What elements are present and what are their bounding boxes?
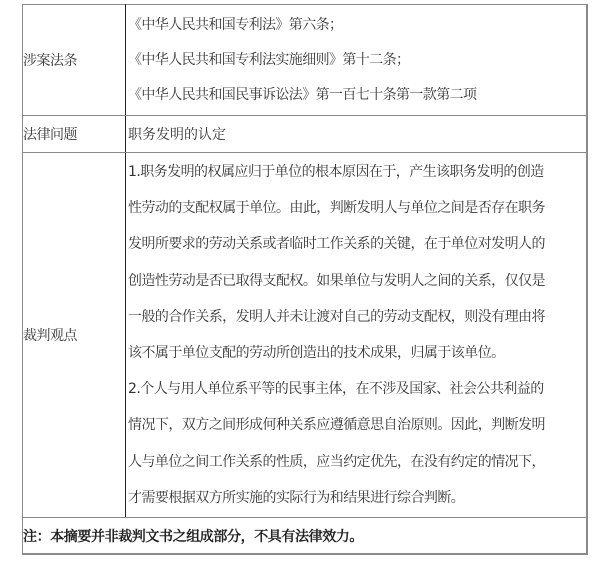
- view-line: 2.个人与用人单位系平等的民事主体，在不涉及国家、社会公共利益的: [128, 371, 586, 407]
- law-item: 《中华人民共和国专利法实施细则》第十二条；: [128, 43, 586, 78]
- value-legal-issue: 职务发明的认定: [126, 116, 588, 153]
- label-related-laws: 涉案法条: [23, 5, 126, 116]
- row-related-laws: 涉案法条 《中华人民共和国专利法》第六条； 《中华人民共和国专利法实施细则》第十…: [23, 5, 588, 116]
- view-line: 发明所要求的劳动关系或者临时工作关系的关键，在于单位对发明人的: [128, 226, 586, 262]
- view-line: 性劳动的支配权属于单位。由此，判断发明人与单位之间是否存在职务: [128, 190, 586, 226]
- view-line: 该不属于单位支配的劳动所创造出的技术成果，归属于该单位。: [128, 335, 586, 371]
- view-line: 人与单位之间工作关系的性质，应当约定优先，在没有约定的情况下，: [128, 444, 586, 480]
- view-line: 情况下，双方之间形成何种关系应遵循意思自治原则。因此，判断发明: [128, 407, 586, 443]
- law-item: 《中华人民共和国民事诉讼法》第一百七十条第一款第二项: [128, 78, 586, 113]
- label-judgment-view: 裁判观点: [23, 153, 126, 518]
- label-legal-issue: 法律问题: [23, 116, 126, 153]
- row-judgment-view: 裁判观点 1.职务发明的权属应归于单位的根本原因在于，产生该职务发明的创造 性劳…: [23, 153, 588, 518]
- value-related-laws: 《中华人民共和国专利法》第六条； 《中华人民共和国专利法实施细则》第十二条； 《…: [126, 5, 588, 116]
- view-line: 1.职务发明的权属应归于单位的根本原因在于，产生该职务发明的创造: [128, 154, 586, 190]
- law-item: 《中华人民共和国专利法》第六条；: [128, 8, 586, 43]
- view-line: 一般的合作关系，发明人并未让渡对自己的劳动支配权，则没有理由将: [128, 299, 586, 335]
- view-line: 创造性劳动是否已取得支配权。如果单位与发明人之间的关系，仅仅是: [128, 263, 586, 299]
- disclaimer-note: 注：本摘要并非裁判文书之组成部分，不具有法律效力。: [23, 518, 588, 555]
- case-summary-table: 涉案法条 《中华人民共和国专利法》第六条； 《中华人民共和国专利法实施细则》第十…: [22, 4, 588, 555]
- row-disclaimer-note: 注：本摘要并非裁判文书之组成部分，不具有法律效力。: [23, 518, 588, 555]
- row-legal-issue: 法律问题 职务发明的认定: [23, 116, 588, 153]
- value-judgment-view: 1.职务发明的权属应归于单位的根本原因在于，产生该职务发明的创造 性劳动的支配权…: [126, 153, 588, 518]
- view-line: 才需要根据双方所实施的实际行为和结果进行综合判断。: [128, 480, 586, 516]
